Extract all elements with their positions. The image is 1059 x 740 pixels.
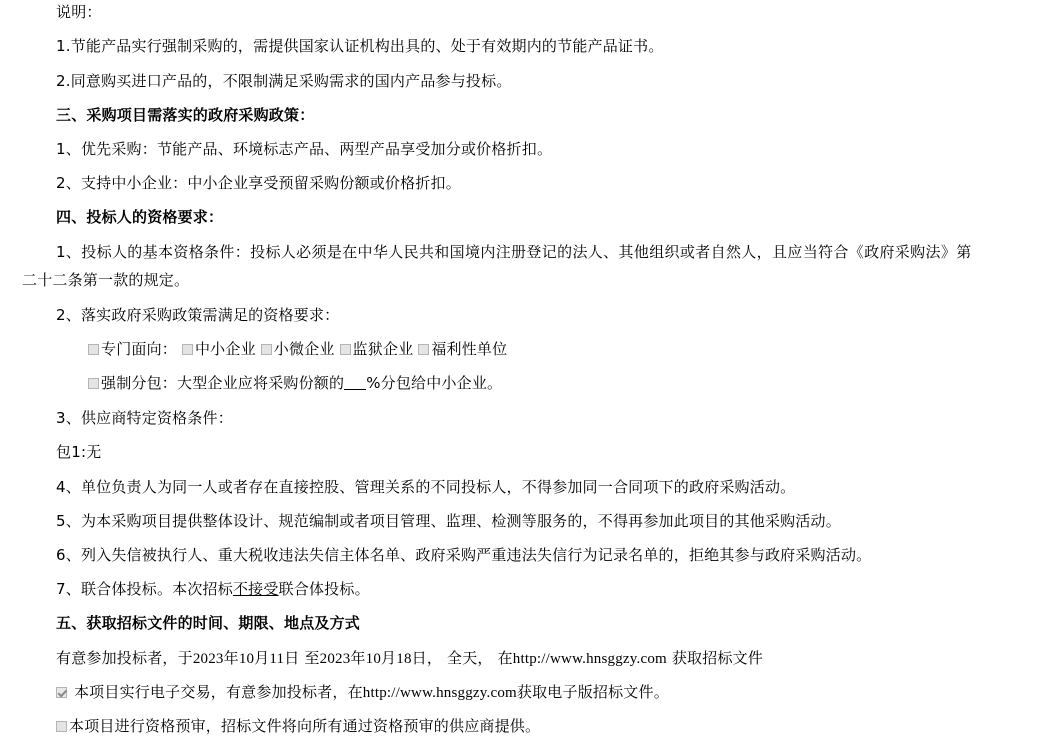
mandatory-subcontract-row: 强制分包：大型企业应将采购份额的%分包给中小企业。 bbox=[88, 373, 502, 393]
electronic-text-after: 获取电子版招标文件。 bbox=[517, 683, 669, 701]
period-separator: 至 bbox=[299, 649, 319, 667]
section-5-title: 五、获取招标文件的时间、期限、地点及方式 bbox=[56, 613, 360, 633]
section-4-title: 四、投标人的资格要求： bbox=[56, 207, 223, 227]
period-suffix: 获取招标文件 bbox=[667, 649, 763, 667]
section-4-item-6: 6、列入失信被执行人、重大税收违法失信主体名单、政府采购严重违法失信行为记录名单… bbox=[56, 545, 871, 565]
prequalification-row: 本项目进行资格预审，招标文件将向所有通过资格预审的供应商提供。 bbox=[56, 716, 540, 736]
subcontract-percent-field[interactable] bbox=[344, 375, 366, 390]
welfare-unit-label: 福利性单位 bbox=[431, 340, 507, 358]
electronic-trading-checkbox[interactable] bbox=[56, 687, 67, 698]
section-4-item-1-line-1: 1、投标人的基本资格条件：投标人必须是在中华人民共和国境内注册登记的法人、其他组… bbox=[56, 242, 972, 262]
section-4-item-2: 2、落实政府采购政策需满足的资格要求： bbox=[56, 305, 339, 325]
micro-enterprise-checkbox[interactable] bbox=[261, 344, 272, 355]
prequalification-checkbox[interactable] bbox=[56, 721, 67, 732]
micro-enterprise-label: 小微企业 bbox=[274, 340, 335, 358]
electronic-text-before: 本项目实行电子交易，有意参加投标者，在 bbox=[69, 683, 363, 701]
targeted-procurement-label: 专门面向： bbox=[101, 340, 177, 358]
consortium-text-before: 7、联合体投标。本次招标 bbox=[56, 580, 233, 598]
subcontract-text-after: %分包给中小企业。 bbox=[366, 374, 502, 392]
period-prefix: 有意参加投标者，于 bbox=[56, 649, 193, 667]
note-heading: 说明： bbox=[56, 2, 102, 22]
period-mid: ， 全天， 在 bbox=[427, 649, 513, 667]
section-4-item-1-line-2: 二十二条第一款的规定。 bbox=[22, 270, 189, 290]
section-3-title: 三、采购项目需落实的政府采购政策： bbox=[56, 105, 314, 125]
welfare-unit-checkbox[interactable] bbox=[418, 344, 429, 355]
section-4-item-5: 5、为本采购项目提供整体设计、规范编制或者项目管理、监理、检测等服务的，不得再参… bbox=[56, 511, 841, 531]
electronic-url-link[interactable]: http://www.hnsggzy.com bbox=[363, 685, 517, 701]
period-end-date: 2023年10月18日 bbox=[320, 651, 427, 667]
sme-label: 中小企业 bbox=[195, 340, 256, 358]
note-item-1: 1.节能产品实行强制采购的，需提供国家认证机构出具的、处于有效期内的节能产品证书… bbox=[56, 36, 664, 56]
sme-checkbox[interactable] bbox=[182, 344, 193, 355]
electronic-trading-row: 本项目实行电子交易，有意参加投标者，在http://www.hnsggzy.co… bbox=[56, 682, 669, 703]
consortium-text-after: 联合体投标。 bbox=[279, 580, 370, 598]
section-4-item-7: 7、联合体投标。本次招标不接受联合体投标。 bbox=[56, 579, 370, 599]
targeted-procurement-row: 专门面向： 中小企业 小微企业 监狱企业 福利性单位 bbox=[88, 339, 507, 359]
acquisition-url-link[interactable]: http://www.hnsggzy.com bbox=[513, 651, 667, 667]
prequalification-text: 本项目进行资格预审，招标文件将向所有通过资格预审的供应商提供。 bbox=[69, 717, 540, 735]
prison-enterprise-label: 监狱企业 bbox=[353, 340, 414, 358]
consortium-not-accepted: 不接受 bbox=[233, 580, 279, 598]
targeted-procurement-checkbox[interactable] bbox=[88, 344, 99, 355]
section-4-item-4: 4、单位负责人为同一人或者存在直接控股、管理关系的不同投标人，不得参加同一合同项… bbox=[56, 477, 795, 497]
prison-enterprise-checkbox[interactable] bbox=[340, 344, 351, 355]
package-1-condition: 包1:无 bbox=[56, 442, 101, 462]
section-4-item-3: 3、供应商特定资格条件： bbox=[56, 408, 233, 428]
subcontract-text-before: 强制分包：大型企业应将采购份额的 bbox=[101, 374, 344, 392]
section-3-item-1: 1、优先采购：节能产品、环境标志产品、两型产品享受加分或价格折扣。 bbox=[56, 139, 552, 159]
section-3-item-2: 2、支持中小企业：中小企业享受预留采购份额或价格折扣。 bbox=[56, 173, 461, 193]
note-item-2: 2.同意购买进口产品的，不限制满足采购需求的国内产品参与投标。 bbox=[56, 71, 512, 91]
period-start-date: 2023年10月11日 bbox=[193, 651, 300, 667]
acquisition-period: 有意参加投标者，于2023年10月11日 至2023年10月18日， 全天， 在… bbox=[56, 648, 763, 669]
mandatory-subcontract-checkbox[interactable] bbox=[88, 378, 99, 389]
